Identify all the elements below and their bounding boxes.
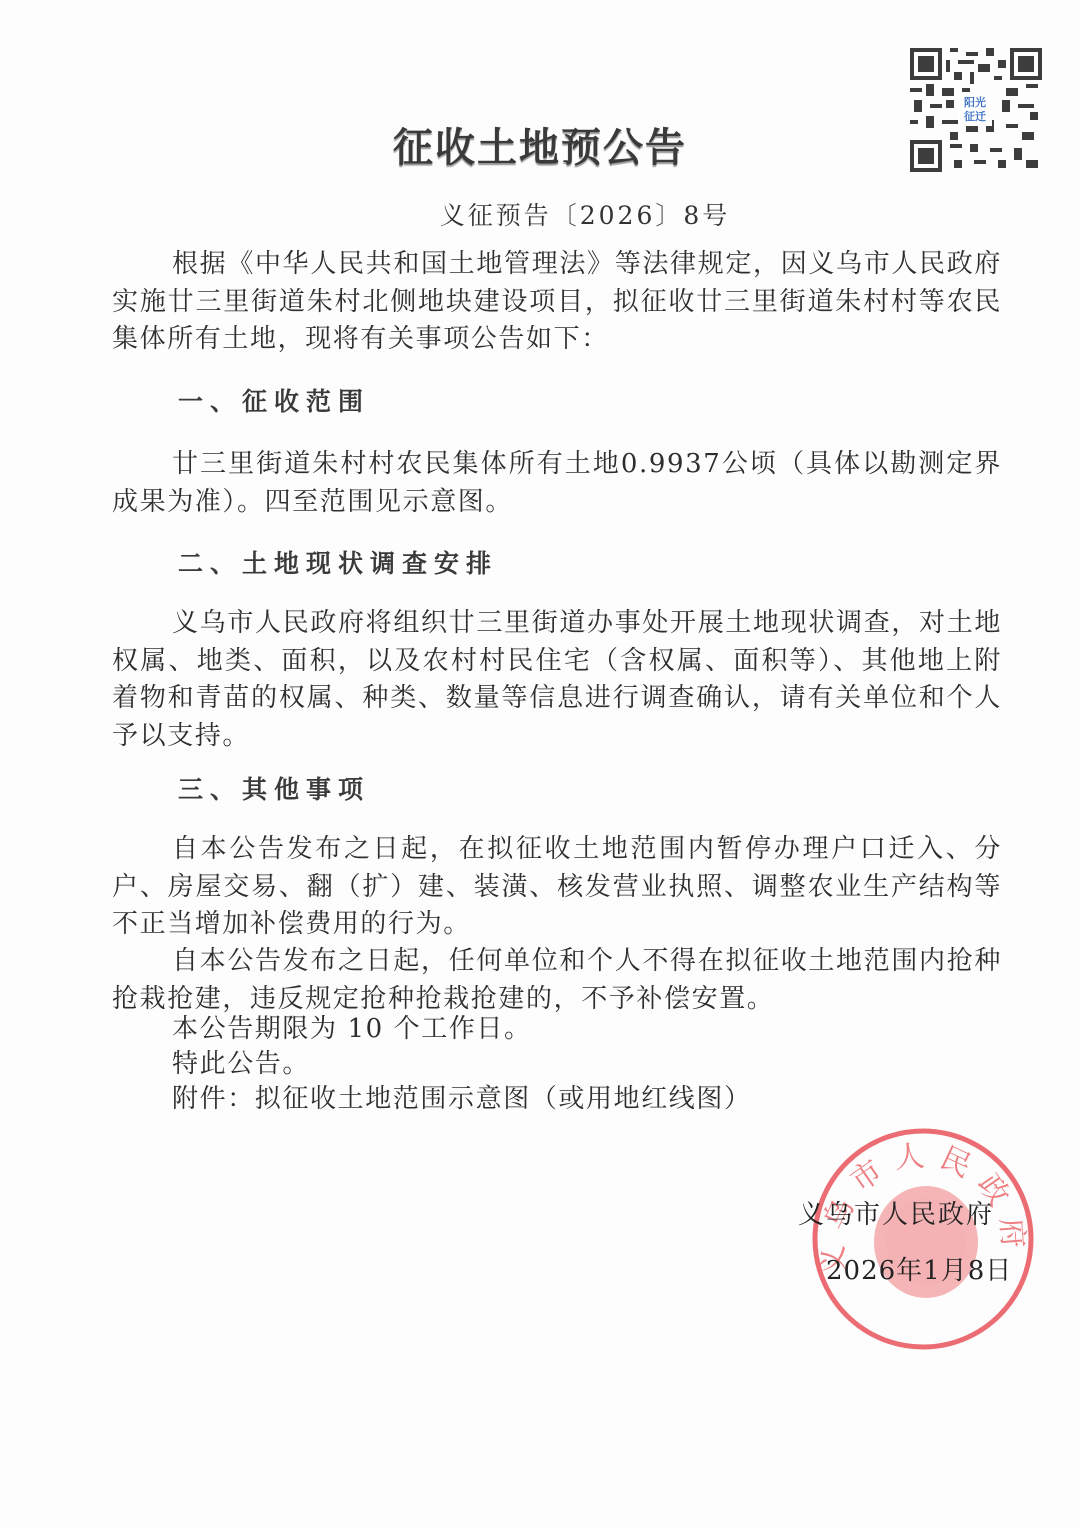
section-heading-1: 一、征收范围	[178, 382, 370, 418]
issue-date: 2026年1月8日	[826, 1250, 1012, 1287]
notice-page: 阳光 征迁 征收土地预公告 义征预告〔2026〕8号 根据《中华人民共和国土地管…	[0, 0, 1080, 1527]
notice-period: 本公告期限为 10 个工作日。	[112, 1011, 1002, 1049]
attachment-line: 附件：拟征收土地范围示意图（或用地红线图）	[112, 1081, 1002, 1119]
qr-label-line1: 阳光	[958, 96, 992, 110]
document-number: 义征预告〔2026〕8号	[0, 196, 1080, 232]
official-seal-icon: 义乌市人民政府	[808, 1124, 1038, 1354]
section-2-paragraph: 义乌市人民政府将组织廿三里街道办事处开展土地现状调查，对土地权属、地类、面积，以…	[112, 605, 1002, 755]
section-heading-2: 二、土地现状调查安排	[178, 544, 498, 580]
section-3-paragraph-2: 自本公告发布之日起，任何单位和个人不得在拟征收土地范围内抢种抢栽抢建，违反规定抢…	[112, 943, 1002, 1018]
closing-line: 特此公告。	[112, 1046, 1002, 1084]
page-title: 征收土地预公告	[0, 116, 1080, 173]
issuer-name: 义乌市人民政府	[798, 1194, 994, 1231]
intro-paragraph: 根据《中华人民共和国土地管理法》等法律规定，因义乌市人民政府实施廿三里街道朱村北…	[112, 246, 1002, 359]
section-1-paragraph: 廿三里街道朱村村农民集体所有土地0.9937公顷（具体以勘测定界成果为准）。四至…	[112, 446, 1002, 521]
section-3-paragraph-1: 自本公告发布之日起，在拟征收土地范围内暂停办理户口迁入、分户、房屋交易、翻（扩）…	[112, 831, 1002, 944]
section-heading-3: 三、其他事项	[178, 770, 370, 806]
